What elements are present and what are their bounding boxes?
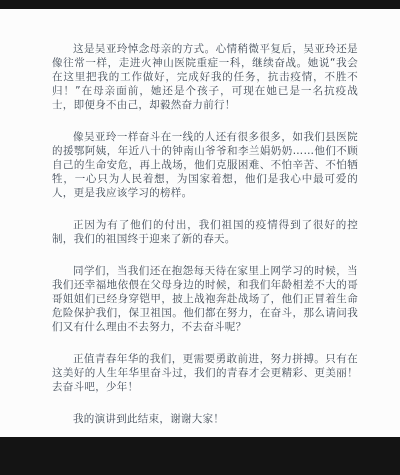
paragraph-3: 正因为有了他们的付出，我们祖国的疫情得到了很好的控制，我们的祖国终于迎来了新的春… [52, 218, 358, 246]
closing-line: 我的演讲到此结束，谢谢大家！ [52, 412, 358, 426]
paragraph-5: 正值青春年华的我们，更需要勇敢前进，努力拼搏。只有在这美好的人生年华里奋斗过，我… [52, 352, 358, 394]
paragraph-1: 这是吴亚玲悼念母亲的方式。心情稍微平复后，吴亚玲还是像往常一样，走进火神山医院重… [52, 42, 358, 112]
paragraph-4: 同学们，当我们还在抱怨每天待在家里上网学习的时候，当我们还幸福地依偎在父母身边的… [52, 264, 358, 334]
screenshot-root: 这是吴亚玲悼念母亲的方式。心情稍微平复后，吴亚玲还是像往常一样，走进火神山医院重… [0, 0, 400, 475]
paragraph-2: 像吴亚玲一样奋斗在一线的人还有很多很多，如我们县医院的援鄂阿姨，年近八十的钟南山… [52, 130, 358, 200]
document-page: 这是吴亚玲悼念母亲的方式。心情稍微平复后，吴亚玲还是像往常一样，走进火神山医院重… [52, 0, 358, 426]
bottom-letterbox-bar [0, 437, 400, 475]
